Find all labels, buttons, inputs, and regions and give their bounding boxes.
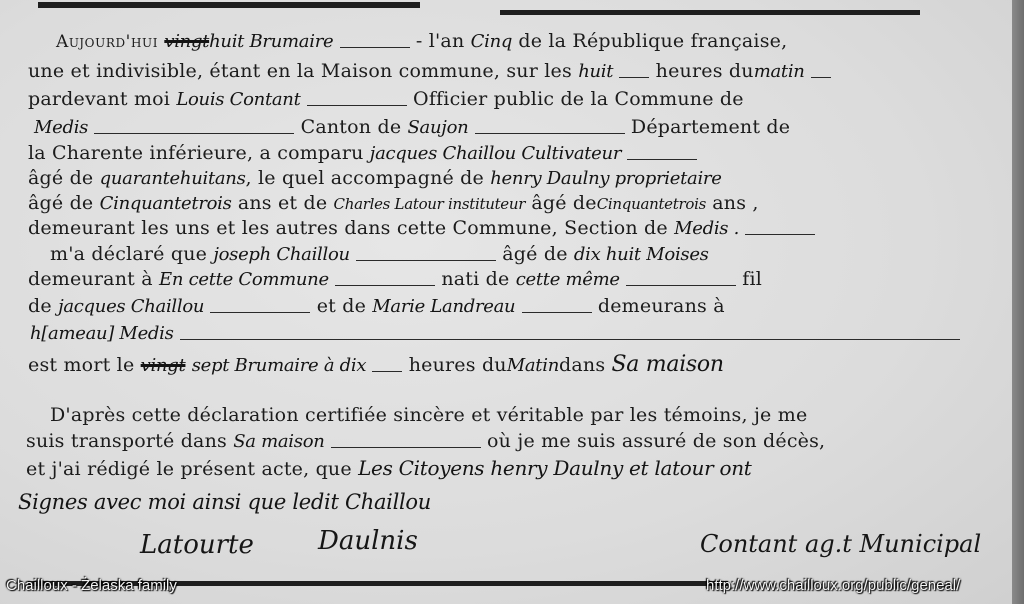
printed-text: D'après cette déclaration certifiée sinc…: [50, 404, 807, 426]
printed-text: Canton de: [301, 116, 402, 138]
watermark-url[interactable]: http://www.chailloux.org/public/geneal/: [706, 577, 960, 594]
handwritten-witness-1: henry Daulny proprietaire: [490, 168, 721, 189]
printed-text: de la République française,: [518, 30, 787, 52]
fill-line: [626, 275, 736, 286]
handwritten-section: Medis .: [674, 218, 739, 239]
printed-text: nati de: [441, 268, 509, 290]
handwritten-commune: Medis: [34, 117, 88, 138]
handwritten-officer-name: Louis Contant: [176, 89, 300, 110]
handwritten-hour: huit: [578, 61, 613, 82]
handwritten-canton: Saujon: [408, 117, 469, 138]
record-line-6: âgé de quarantehuitans, le quel accompag…: [28, 167, 722, 189]
fill-line: [180, 329, 960, 340]
fill-line: [307, 95, 407, 106]
fill-line: [619, 67, 649, 78]
printed-text: , le quel accompagné de: [246, 167, 484, 189]
printed-text: âgé de: [28, 167, 93, 189]
printed-text: âgé de: [502, 243, 567, 265]
printed-text: et de: [317, 295, 366, 317]
handwritten-date: huit Brumaire: [209, 31, 333, 52]
record-line-7: âgé de Cinquantetrois ans et de Charles …: [28, 192, 759, 214]
fill-line: [210, 302, 310, 313]
printed-text: la Charente inférieure, a comparu: [28, 142, 364, 164]
handwritten-witnesses: Les Citoyens henry Daulny et latour ont: [358, 456, 751, 480]
handwritten-period: Matin: [507, 355, 559, 376]
top-rule-right: [500, 10, 920, 15]
printed-text: m'a déclaré que: [50, 243, 207, 265]
handwritten-parents-residence: h[ameau] Medis: [30, 323, 174, 344]
page-edge-shadow: [1012, 0, 1024, 604]
document-scan: Aujourd'hui vingthuit Brumaire - l'an Ci…: [0, 0, 1012, 604]
printed-text: l'an: [429, 30, 465, 52]
printed-text: demeurant à: [28, 268, 153, 290]
record-line-3: pardevant moi Louis Contant Officier pub…: [28, 88, 744, 110]
fill-line: [372, 361, 402, 372]
handwritten-age: quarantehuitans: [100, 168, 246, 189]
handwritten-deceased-age: dix huit Moises: [574, 244, 709, 265]
handwritten-signing-statement: Signes avec moi ainsi que ledit Chaillou: [18, 490, 431, 514]
record-line-10: demeurant à En cette Commune nati de cet…: [28, 268, 762, 290]
handwritten-witness-2: Charles Latour instituteur: [334, 195, 526, 213]
printed-text: heures du: [409, 354, 507, 376]
record-line-12: h[ameau] Medis: [30, 322, 960, 344]
handwritten-age: Cinquantetrois: [100, 193, 232, 214]
watermark-family: Chailloux - Żelaska family: [6, 577, 177, 594]
printed-text: fil: [742, 268, 762, 290]
record-line-11: de jacques Chaillou et de Marie Landreau…: [28, 295, 725, 317]
printed-text: de: [28, 295, 52, 317]
signature-latour: Latourte: [140, 530, 254, 560]
printed-text: Officier public de la Commune de: [413, 88, 744, 110]
record-line-1: Aujourd'hui vingthuit Brumaire - l'an Ci…: [56, 30, 787, 52]
handwritten-father-name: jacques Chaillou: [58, 296, 204, 317]
fill-line: [627, 149, 697, 160]
printed-text: âgé de: [28, 192, 93, 214]
handwritten-place: Sa maison: [233, 431, 324, 452]
record-line-9: m'a déclaré que joseph Chaillou âgé de d…: [50, 243, 709, 265]
printed-text: ans et de: [238, 192, 327, 214]
handwritten-deceased-name: joseph Chaillou: [213, 244, 349, 265]
printed-text: demeurans à: [598, 295, 725, 317]
record-line-17: Signes avec moi ainsi que ledit Chaillou: [18, 490, 431, 514]
fill-line: [475, 123, 625, 134]
printed-text: Aujourd'hui: [56, 32, 158, 52]
printed-text: ans ,: [712, 192, 758, 214]
printed-text: demeurant les uns et les autres dans cet…: [28, 217, 668, 239]
signature-contant: Contant ag.t Municipal: [700, 530, 981, 558]
printed-text: dans: [559, 354, 605, 376]
printed-text: et j'ai rédigé le présent acte, que: [26, 458, 352, 480]
handwritten-mother-name: Marie Landreau: [372, 296, 515, 317]
printed-text: âgé de: [531, 192, 596, 214]
printed-text: où je me suis assuré de son décès,: [487, 430, 825, 452]
record-line-5: la Charente inférieure, a comparu jacque…: [28, 142, 697, 164]
fill-line: [745, 224, 815, 235]
printed-text: suis transporté dans: [26, 430, 227, 452]
handwritten-declarant: jacques Chaillou Cultivateur: [370, 143, 621, 164]
handwritten-age: Cinquantetrois: [597, 195, 706, 213]
record-line-13: est mort le vingt sept Brumaire à dix he…: [28, 352, 724, 377]
record-line-4: Medis Canton de Saujon Département de: [34, 116, 790, 138]
printed-text: est mort le: [28, 354, 134, 376]
signature-daulny: Daulnis: [318, 526, 418, 556]
struck-handwriting: vingt: [164, 31, 209, 52]
fill-line: [811, 67, 831, 78]
printed-text: heures du: [656, 60, 754, 82]
handwritten-period: matin: [754, 61, 805, 82]
printed-text: pardevant moi: [28, 88, 170, 110]
top-rule: [38, 2, 420, 8]
record-line-16: et j'ai rédigé le présent acte, que Les …: [26, 456, 752, 480]
printed-text: une et indivisible, étant en la Maison c…: [28, 60, 572, 82]
handwritten-death-date: sept Brumaire à dix: [192, 355, 367, 376]
fill-line: [340, 37, 410, 48]
handwritten-year: Cinq: [471, 31, 512, 52]
record-line-14: D'après cette déclaration certifiée sinc…: [50, 404, 807, 426]
record-line-2: une et indivisible, étant en la Maison c…: [28, 60, 831, 82]
fill-line: [331, 437, 481, 448]
fill-line: [522, 302, 592, 313]
fill-line: [356, 250, 496, 261]
record-line-8: demeurant les uns et les autres dans cet…: [28, 217, 815, 239]
struck-handwriting: vingt: [141, 355, 186, 376]
handwritten-residence: En cette Commune: [159, 269, 329, 290]
handwritten-birthplace: cette même: [516, 269, 620, 290]
handwritten-death-place: Sa maison: [612, 352, 724, 377]
printed-text: Département de: [631, 116, 790, 138]
fill-line: [94, 123, 294, 134]
fill-line: [335, 275, 435, 286]
record-line-15: suis transporté dans Sa maison où je me …: [26, 430, 825, 452]
